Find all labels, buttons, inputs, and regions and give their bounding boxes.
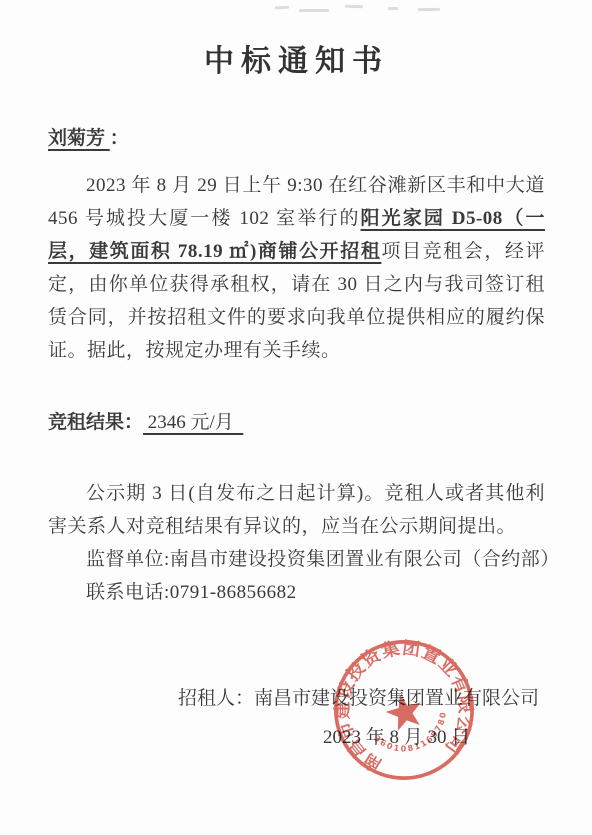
bid-result-label: 竞租结果： [48, 412, 143, 433]
bid-result-line: 竞租结果： 2346 元/月 [48, 406, 545, 439]
signature-block: 招租人：南昌市建设投资集团置业有限公司 2023 年 8 月 30 日 [48, 682, 545, 754]
scan-artifact [275, 6, 289, 9]
issuer-line: 招租人：南昌市建设投资集团置业有限公司 [178, 682, 545, 715]
scan-artifact [345, 5, 363, 9]
publicity-paragraph: 公示期 3 日(自发布之日起计算)。竞租人或者其他利害关系人对竞租结果有异议的，… [48, 477, 545, 543]
supervisor-line: 监督单位:南昌市建设投资集团置业有限公司（合约部） [48, 543, 545, 576]
scan-artifacts [0, 0, 592, 16]
issuer-name: 南昌市建设投资集团置业有限公司 [254, 688, 539, 709]
salutation-colon: ： [110, 128, 129, 149]
phone-line: 联系电话:0791-86856682 [48, 576, 545, 609]
scan-artifact [418, 8, 440, 11]
bid-result-value: 2346 元/月 [143, 412, 243, 433]
document-page: 中标通知书 刘菊芳 ： 2023 年 8 月 29 日上午 9:30 在红谷滩新… [0, 0, 592, 835]
main-paragraph: 2023 年 8 月 29 日上午 9:30 在红谷滩新区丰和中大道 456 号… [48, 169, 545, 367]
issuer-label: 招租人： [178, 688, 254, 709]
scan-artifact [388, 7, 398, 10]
issue-date: 2023 年 8 月 30 日 [323, 721, 545, 754]
salutation-line: 刘菊芳 ： [48, 122, 545, 155]
recipient-name: 刘菊芳 [48, 128, 110, 149]
page-title: 中标通知书 [48, 36, 545, 80]
scan-artifact [299, 9, 329, 12]
